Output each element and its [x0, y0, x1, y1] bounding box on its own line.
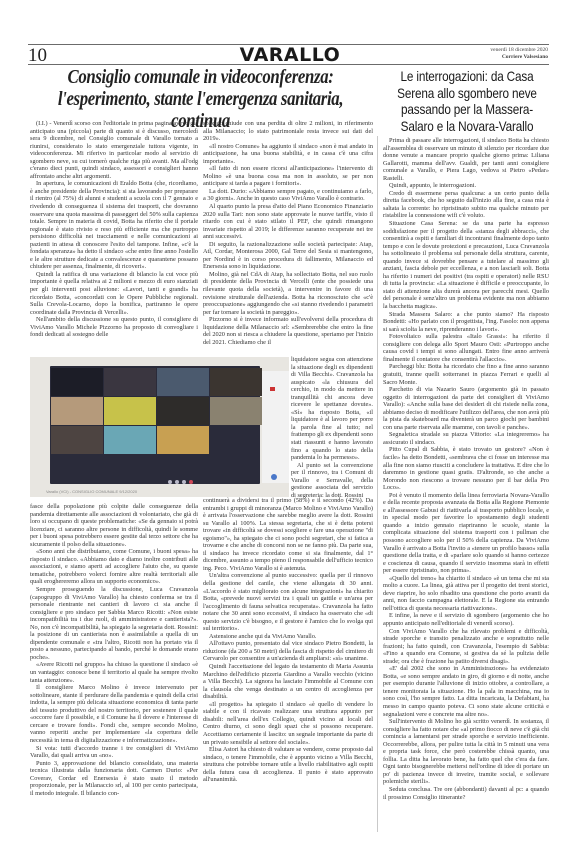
paragraph: Quindi, appunto, le interrogazioni.: [383, 182, 549, 190]
column-divider: [377, 136, 378, 832]
paragraph: La dott. Durio: «Abbiamo sempre pagato, …: [203, 188, 373, 203]
headline-line-1: Consiglio comunale in videoconferenza:: [52, 67, 349, 89]
paragraph: Nell'ambito della discussione su questo …: [30, 316, 198, 339]
main-article-left-column: (I.I.) - Venerdì scorso con l'editoriale…: [30, 120, 198, 339]
paragraph: (I.I.) - Venerdì scorso con l'editoriale…: [30, 120, 198, 180]
video-tile: [210, 397, 262, 425]
paragraph: continuerà a dividersi tra il primo (58%…: [203, 497, 373, 572]
paragraph: Poi è venuto il momento della linea ferr…: [383, 492, 549, 575]
side-article-column: Prima di passare alle interrogazioni, il…: [383, 137, 549, 801]
share-icon: [182, 480, 186, 484]
main-article-middle-column: solidato chiude con una perdita di oltre…: [203, 120, 373, 346]
side-headline: Le interrogazioni: da Casa Serena allo s…: [396, 68, 537, 134]
video-tile: [157, 397, 209, 425]
paragraph: Molino, già nel CdA di Atap, ha sollecit…: [203, 271, 373, 316]
paragraph: Al punto sei la convenzione per il rinno…: [291, 462, 373, 500]
chat-button-icon: [271, 474, 277, 480]
video-tile: [104, 426, 156, 454]
paragraph: Strada Massera Salaro: a che punto siamo…: [383, 311, 549, 334]
newspaper-name: Corriere Valsesiano: [490, 54, 548, 61]
chat-panel: [262, 371, 289, 483]
video-tile: [104, 397, 156, 425]
paragraph: solidato chiude con una perdita di oltre…: [203, 120, 373, 143]
video-tile: [51, 426, 103, 454]
paragraph: Si vota: tutti d'accordo tranne i tre co…: [30, 745, 198, 760]
paragraph: Quindi l'accettazione del legato da test…: [203, 663, 373, 701]
paragraph: In apertura, le comunicazioni di Eraldo …: [30, 180, 198, 271]
paragraph: «Sono anni che distribuiamo, come Comune…: [30, 548, 198, 586]
paragraph: «E' dal 2002 che sono in Amministrazione…: [383, 665, 549, 718]
issue-date: venerdì 18 dicembre 2020: [490, 47, 548, 54]
paragraph: Pizzorno si è invece informato sull'evol…: [203, 316, 373, 346]
video-grid: [50, 366, 260, 484]
call-controls: [168, 480, 193, 484]
video-tile: [51, 368, 103, 396]
camera-icon: [175, 480, 179, 484]
paragraph: «Il fatto di non essere ricorsi all'anti…: [203, 165, 373, 188]
paragraph: Prima di passare alle interrogazioni, il…: [383, 137, 549, 182]
paragraph: Con ViviAmo Varallo che ha rilevato prob…: [383, 628, 549, 666]
notification-icon: [270, 387, 275, 391]
paragraph: Sempre proseguendo la discussione, Luca …: [30, 586, 198, 661]
video-tile: [157, 368, 209, 396]
video-tile: [157, 426, 209, 454]
video-tile: [210, 368, 262, 396]
paragraph: Al quarto punto la presa d'atto del Pian…: [203, 203, 373, 241]
paragraph: Punto 3, approvazione del bilancio conso…: [30, 760, 198, 798]
video-tile: [51, 397, 103, 425]
paragraph: Sull'intervento di Molino ho già scritto…: [383, 718, 549, 786]
paragraph: All'ottavo punto, presentato dal vice si…: [203, 640, 373, 663]
paragraph: Astensione anche qui da ViviAmo Varallo.: [203, 633, 373, 641]
paragraph: Fotovoltaico sulla palestra «Italo Grass…: [383, 333, 549, 363]
paragraph: «Il progetto» ha spiegato il sindaco «è …: [203, 701, 373, 746]
main-article-middle-column-continued: continuerà a dividersi tra il primo (58%…: [203, 497, 373, 784]
mic-icon: [168, 480, 172, 484]
videoconference-photo: Varallo (VCI) - CONSIGLIO COMUNALE 9/12/…: [30, 357, 289, 497]
paragraph: liquidatore segua con attenzione la situ…: [291, 356, 373, 462]
hangup-icon: [189, 480, 193, 484]
video-tile: [104, 368, 156, 396]
header-bottom-rule: [28, 64, 549, 65]
paragraph: Il consigliere Marco Molino è invece int…: [30, 684, 198, 744]
issue-info: venerdì 18 dicembre 2020 Corriere Valses…: [490, 47, 548, 61]
paragraph: Situazione Casa Serena: se da una parte …: [383, 220, 549, 311]
paragraph: Credo di essermene persa qualcuna: a un …: [383, 190, 549, 220]
main-article-middle-wrap: liquidatore segua con attenzione la situ…: [291, 356, 373, 499]
paragraph: Quindi la ratifica di una variazione di …: [30, 271, 198, 316]
paragraph: fasce della popolazione più colpite dall…: [30, 503, 198, 548]
paragraph: Di seguito, la razionalizzazione sulle s…: [203, 241, 373, 271]
main-article-left-column-continued: fasce della popolazione più colpite dall…: [30, 503, 198, 797]
paragraph: Seduta conclusa. Tre ore (abbondanti) da…: [383, 786, 549, 801]
paragraph: E infine, la neve e il servizio di sgomb…: [383, 612, 549, 627]
paragraph: Un'altra convenzione al punto successivo…: [203, 572, 373, 632]
paragraph: «Avere Ricotti nel gruppo» ha chiuso la …: [30, 661, 198, 684]
paragraph: Parchetto di via Nazario Sauro (argoment…: [383, 386, 549, 431]
photo-caption: Varallo (VCI) - CONSIGLIO COMUNALE 9/12/…: [46, 489, 137, 494]
paragraph: «Il nostro Comune» ha aggiunto il sindac…: [203, 143, 373, 166]
paragraph: Segnaletica stradale su piazza Vittorio:…: [383, 431, 549, 446]
paragraph: Elisa Astori ha chiesto di valutare se v…: [203, 746, 373, 784]
paragraph: «Quello del treno» ha chiarito il sindac…: [383, 575, 549, 613]
paragraph: Pitto Cupal di Sabbia, è stato trovato u…: [383, 446, 549, 491]
paragraph: Parcheggi blu: Botta ha ricordato che fi…: [383, 363, 549, 386]
